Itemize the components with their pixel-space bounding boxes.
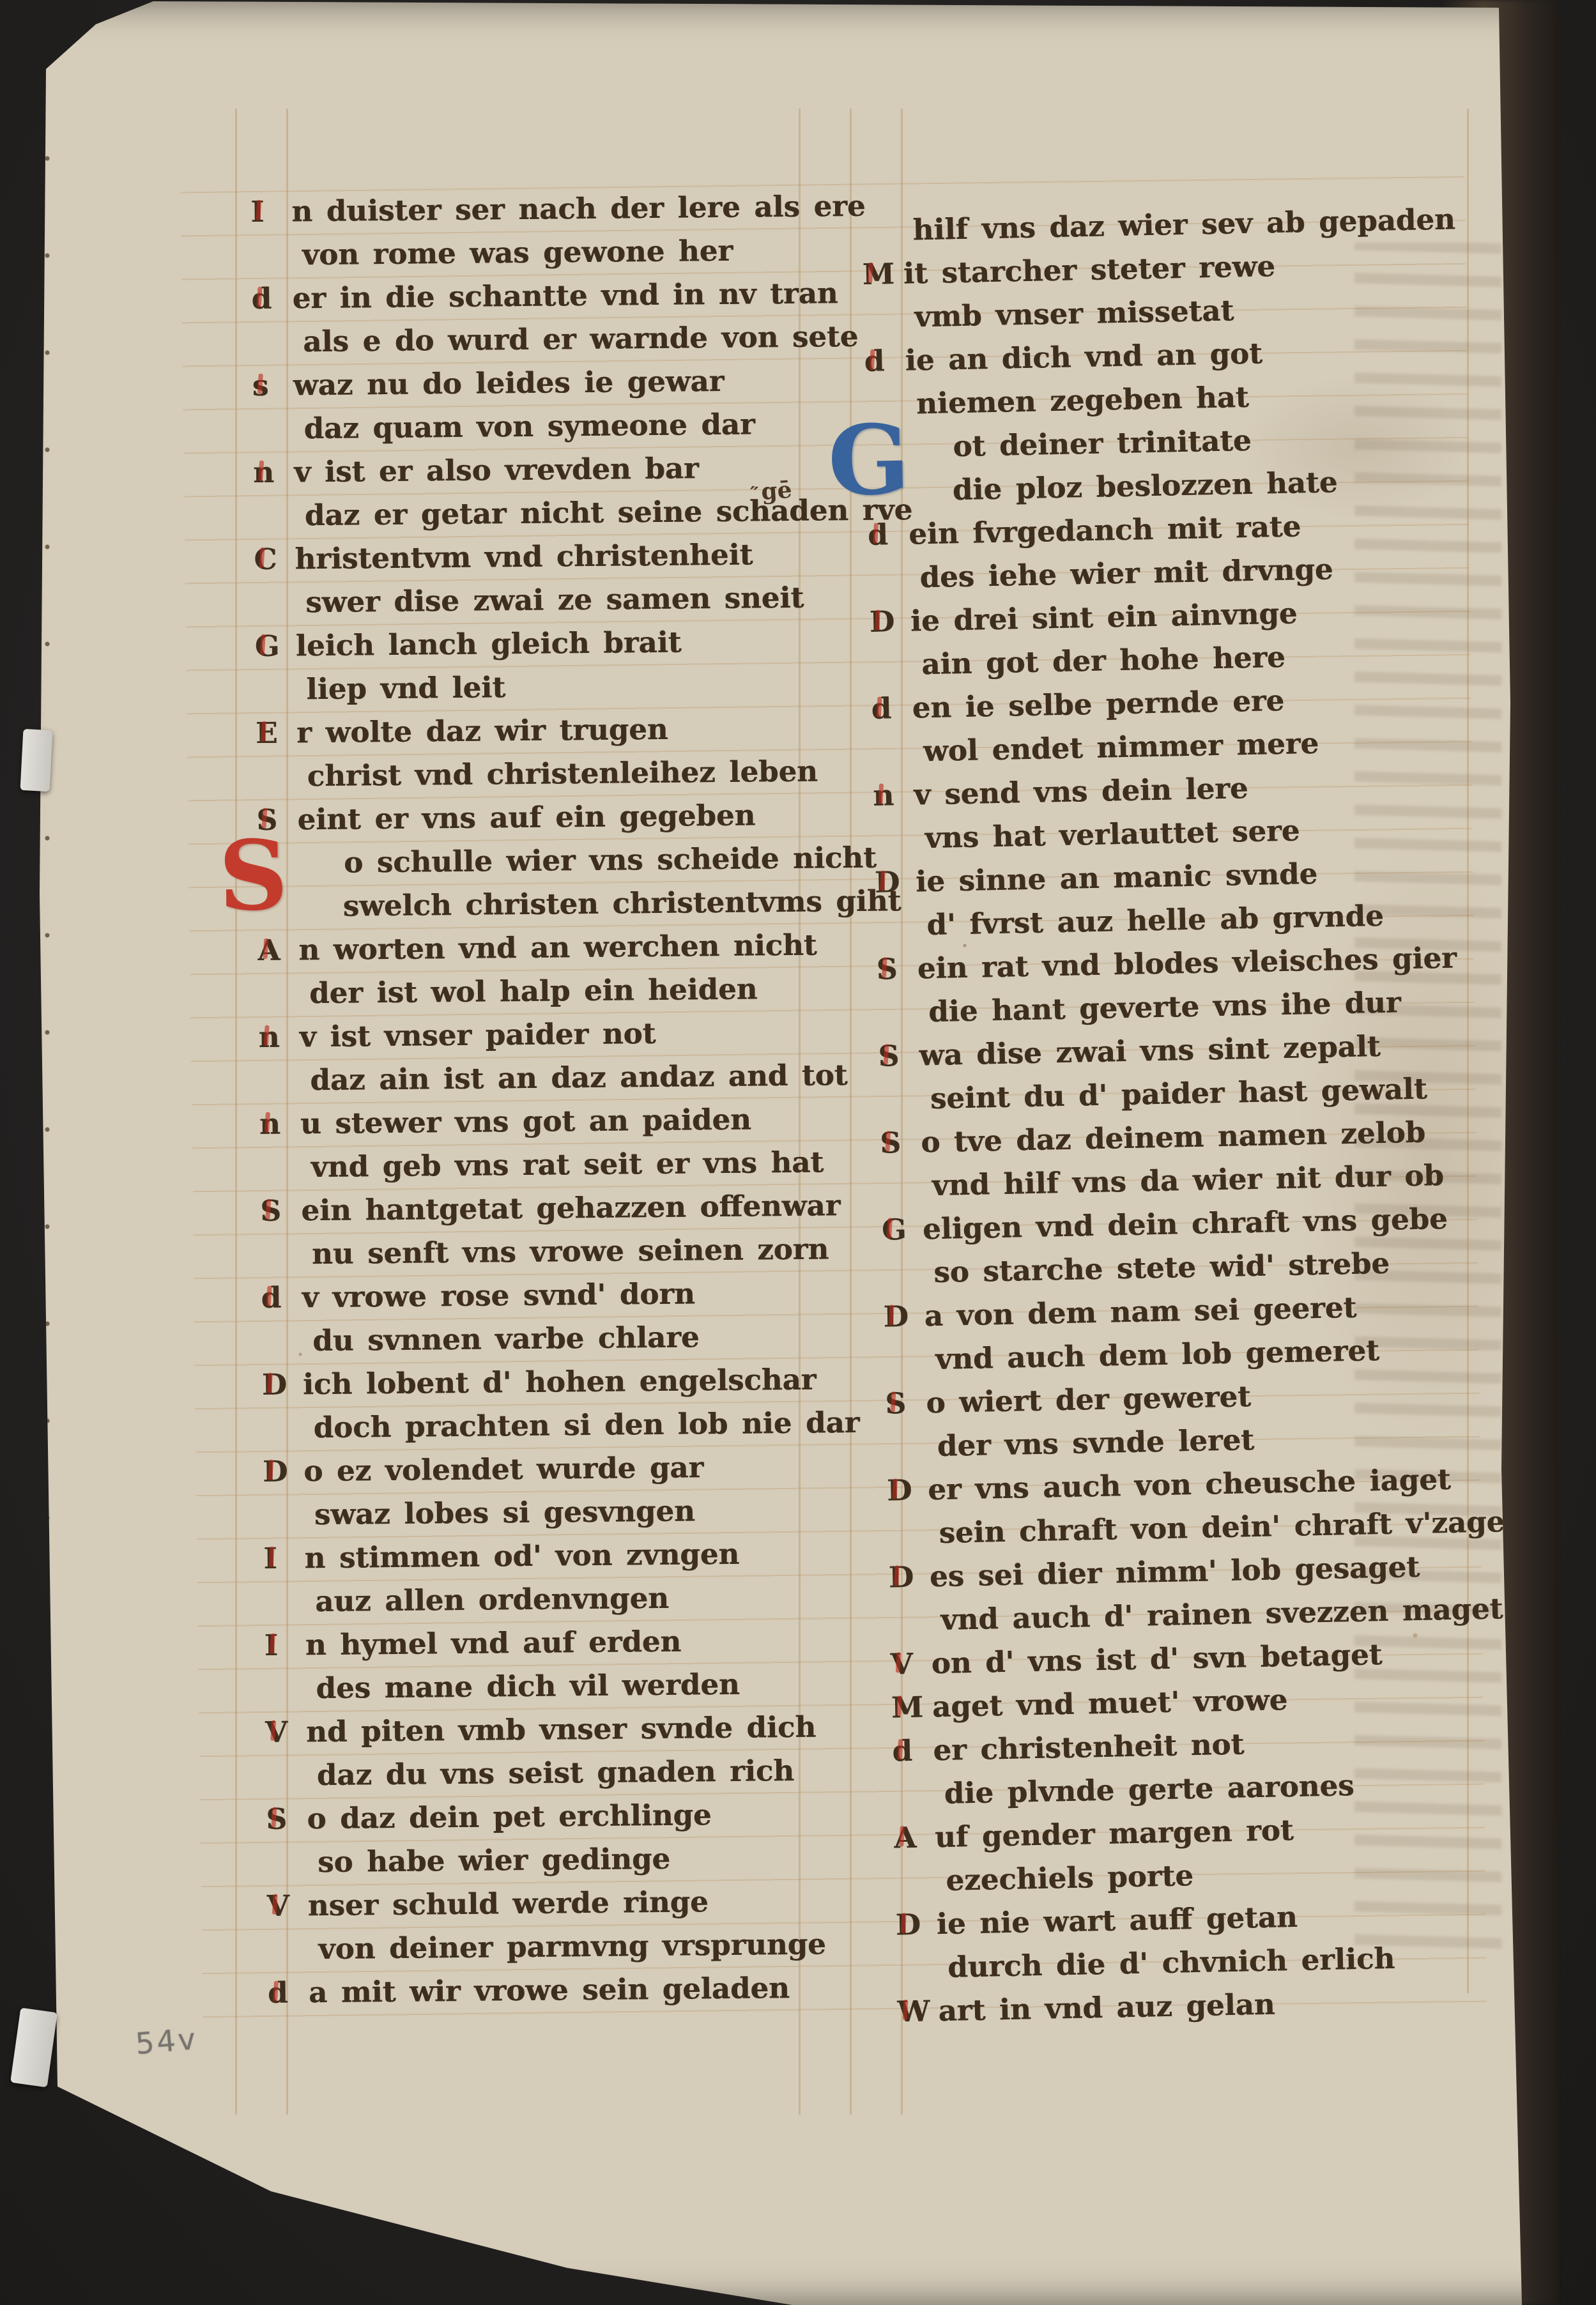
- versal-initial: [261, 1234, 296, 1234]
- versal-initial: I: [263, 1538, 300, 1579]
- verse-text: swer dise zwai ze samen sneit: [305, 581, 804, 619]
- verse-text: nu senft vns vrowe seinen zorn: [312, 1232, 829, 1271]
- versal-initial: [259, 1147, 295, 1147]
- verse-text: von rome was gewone her: [302, 234, 733, 272]
- verse-line: daz er getar nicht seine schaden rve: [254, 490, 829, 539]
- versal-initial: [863, 297, 899, 298]
- verse-line: dv vrowe rose svnd' dorn: [261, 1272, 836, 1321]
- verse-text: auz allen ordenvngen: [315, 1581, 669, 1618]
- text-column-right: hilf vns daz wier sev ab gepadenMit star…: [861, 197, 1556, 2035]
- verse-text: swelch christen christentvms giht: [342, 884, 901, 923]
- verse-text: d' fvrst auz helle ab grvnde: [926, 899, 1384, 942]
- verse-line: swelch christen christentvms giht: [257, 881, 833, 930]
- versal-initial: S: [876, 949, 912, 990]
- versal-initial: d: [261, 1277, 297, 1319]
- page-clip: [20, 729, 53, 792]
- versal-initial: V: [266, 1885, 303, 1927]
- versal-initial: D: [869, 601, 905, 643]
- versal-initial: M: [891, 1687, 927, 1728]
- verse-text: n stimmen od' von zvngen: [304, 1537, 739, 1575]
- verse-text: daz ain ist an daz andaz and tot: [310, 1058, 848, 1097]
- verse-line: daz du vns seist gnaden rich: [265, 1750, 841, 1799]
- versal-initial: D: [262, 1364, 298, 1405]
- versal-initial: d: [871, 688, 907, 730]
- verse-text: ein fvrgedanch mit rate: [909, 509, 1301, 551]
- verse-text: u stewer vns got an paiden: [300, 1103, 751, 1141]
- verse-line: nu senft vns vrowe seinen zorn: [261, 1229, 836, 1278]
- verse-text: o schulle wier vns scheide nicht: [344, 841, 877, 880]
- manuscript-page: In duister ser nach der lere als erevon …: [0, 0, 1596, 2305]
- versal-initial: [255, 669, 291, 670]
- verse-line: daz ain ist an daz andaz and tot: [259, 1055, 834, 1104]
- verse-text: daz quam von symeone dar: [303, 407, 755, 445]
- verse-text: nd piten vmb vnser svnde dich: [306, 1710, 816, 1749]
- versal-initial: [254, 495, 289, 496]
- verse-text: wa dise zwai vns sint zepalt: [919, 1029, 1381, 1072]
- verse-line: vnd geb vns rat seit er vns hat: [259, 1142, 835, 1191]
- verse-line: liep vnd leit: [255, 664, 831, 713]
- verse-line: Gleich lanch gleich brait: [255, 620, 831, 670]
- verse-text: o daz dein pet erchlinge: [307, 1798, 712, 1835]
- versal-initial: [256, 756, 291, 756]
- verse-text: ie drei sint ein ainvnge: [910, 596, 1298, 638]
- verse-text: vnd geb vns rat seit er vns hat: [311, 1145, 824, 1184]
- versal-initial: d: [892, 1730, 928, 1772]
- pricking-holes: [42, 153, 52, 2070]
- versal-initial: [267, 1929, 303, 1929]
- versal-initial: [263, 1494, 299, 1495]
- verse-line: Vnser schuld werde ringe: [266, 1880, 842, 1929]
- versal-initial: D: [895, 1904, 932, 1945]
- verse-text: ich lobent d' hohen engelschar: [303, 1363, 817, 1402]
- verse-text: durch die d' chvnich erlich: [948, 1941, 1395, 1984]
- versal-initial: A: [893, 1817, 930, 1858]
- verse-text: die hant geverte vns ihe dur: [928, 985, 1401, 1029]
- versal-initial: I: [265, 1625, 301, 1666]
- verse-text: vns hat verlauttet sere: [925, 813, 1300, 855]
- verse-line: In duister ser nach der lere als ere: [250, 186, 826, 235]
- text-column-left: In duister ser nach der lere als erevon …: [250, 186, 843, 2016]
- versal-initial: S: [260, 1190, 296, 1232]
- versal-initial: [254, 582, 290, 583]
- verse-line: nv ist er also vrevden bar: [253, 447, 829, 496]
- photograph-background: In duister ser nach der lere als erevon …: [0, 0, 1596, 2305]
- verse-line: Er wolte daz wir trugen: [256, 707, 831, 756]
- verse-text: a mit wir vrowe sein geladen: [309, 1971, 790, 2009]
- versal-initial: [884, 1340, 919, 1340]
- verse-line: nv ist vnser paider not: [258, 1011, 834, 1061]
- verse-text: er in die schantte vnd in nv tran: [292, 276, 838, 315]
- versal-initial: [889, 1600, 925, 1600]
- verse-text: ein rat vnd blodes vleisches gier: [917, 941, 1457, 986]
- verse-text: vmb vnser missetat: [914, 293, 1234, 333]
- verse-text: art in vnd auz gelan: [938, 1987, 1275, 2028]
- verse-text: it starcher steter rewe: [903, 249, 1275, 291]
- verse-text: swaz lobes si gesvngen: [314, 1494, 695, 1531]
- versal-initial: V: [265, 1712, 302, 1753]
- versal-initial: [265, 1668, 300, 1669]
- verse-text: von deiner parmvng vrsprunge: [318, 1927, 826, 1966]
- versal-initial: C: [254, 539, 290, 580]
- verse-text: ein hantgetat gehazzen offenwar: [301, 1188, 840, 1227]
- verse-text: leich lanch gleich brait: [296, 625, 682, 663]
- versal-initial: n: [258, 1016, 295, 1058]
- versal-initial: n: [873, 775, 909, 816]
- verse-text: vnd hilf vns da wier nit dur ob: [932, 1158, 1444, 1202]
- versal-initial: S: [266, 1798, 302, 1840]
- page-clip: [10, 2008, 58, 2088]
- verse-text: v ist vnser paider not: [299, 1016, 656, 1053]
- versal-initial: [259, 1060, 295, 1061]
- versal-initial: n: [259, 1103, 296, 1145]
- versal-initial: [894, 1860, 930, 1861]
- versal-initial: W: [897, 1991, 933, 2032]
- verse-line: von rome was gewone her: [251, 229, 827, 279]
- verse-line: so habe wier gedinge: [266, 1837, 842, 1886]
- verse-line: des mane dich vil werden: [265, 1663, 840, 1712]
- verse-text: niemen zegeben hat: [916, 380, 1249, 420]
- verse-text: die plvnde gerte aarones: [944, 1768, 1354, 1811]
- versal-initial: [896, 1947, 932, 1948]
- verse-text: die ploz beslozzen hate: [952, 465, 1338, 507]
- verse-text: ie nie wart auff getan: [936, 1900, 1298, 1941]
- verse-line: doch prachten si den lob nie dar: [262, 1402, 838, 1451]
- versal-initial: G: [255, 625, 291, 667]
- verse-text: du svnnen varbe chlare: [312, 1320, 700, 1358]
- verse-text: christ vnd christenleihez leben: [307, 754, 818, 793]
- verse-text: so starche stete wid' strebe: [933, 1246, 1390, 1289]
- verse-text: hilf vns daz wier sev ab gepaden: [912, 202, 1455, 247]
- versal-initial: [875, 905, 911, 906]
- versal-initial: s: [252, 365, 289, 406]
- verse-line: christ vnd christenleihez leben: [256, 751, 831, 800]
- versal-initial: [868, 558, 904, 558]
- verse-text: seint du d' paider hast gewalt: [930, 1072, 1427, 1116]
- verse-text: nser schuld werde ringe: [308, 1885, 709, 1922]
- verse-line: In hymel vnd auf erden: [265, 1620, 840, 1669]
- verse-text: daz du vns seist gnaden rich: [317, 1754, 795, 1792]
- verse-text: on d' vns ist d' svn betaget: [931, 1637, 1383, 1680]
- versal-initial: A: [257, 930, 294, 971]
- versal-initial: [864, 384, 900, 385]
- verse-line: der ist wol halp ein heiden: [258, 968, 834, 1017]
- verse-text: der ist wol halp ein heiden: [309, 972, 758, 1010]
- versal-initial: [261, 1321, 297, 1321]
- versal-initial: [873, 818, 909, 819]
- verse-text: ezechiels porte: [946, 1858, 1193, 1897]
- versal-initial: D: [883, 1296, 919, 1338]
- verse-line: da mit wir vrowe sein geladen: [268, 1967, 843, 2016]
- versal-initial: [258, 973, 294, 974]
- verse-line: der in die schantte vnd in nv tran: [251, 273, 827, 322]
- marginal-text: gē: [760, 477, 793, 505]
- versal-initial: n: [253, 452, 289, 493]
- verse-text: des mane dich vil werden: [316, 1667, 740, 1705]
- versal-initial: S: [219, 841, 255, 912]
- marginal-correction: ″gē: [748, 477, 793, 507]
- verse-text: eint er vns auf ein gegeben: [297, 798, 755, 836]
- versal-initial: G: [827, 425, 864, 496]
- verse-text: der vns svnde leret: [937, 1423, 1254, 1463]
- versal-initial: V: [890, 1643, 926, 1685]
- verse-text: o wiert der geweret: [926, 1379, 1251, 1420]
- verse-text: a von dem nam sei geeret: [924, 1290, 1356, 1333]
- versal-initial: E: [256, 712, 292, 754]
- versal-initial: [871, 731, 907, 732]
- versal-initial: d: [268, 1972, 304, 2014]
- versal-initial: [886, 1426, 921, 1427]
- verse-text: liep vnd leit: [306, 670, 505, 706]
- versal-initial: [266, 1842, 302, 1842]
- versal-initial: [262, 1407, 298, 1408]
- insertion-mark-icon: ″: [747, 482, 759, 506]
- verse-text: v vrowe rose svnd' dorn: [302, 1276, 695, 1314]
- versal-initial: D: [887, 1469, 923, 1511]
- verse-text: daz er getar nicht seine schaden rve: [305, 493, 913, 532]
- versal-initial: S: [885, 1383, 921, 1425]
- versal-initial: [882, 1253, 918, 1253]
- verse-text: n worten vnd an werchen nicht: [298, 928, 817, 967]
- verse-text: waz nu do leides ie gewar: [293, 364, 725, 402]
- versal-initial: [893, 1773, 928, 1774]
- versal-initial: [861, 210, 897, 211]
- versal-initial: d: [864, 341, 900, 382]
- verse-line: Sein hantgetat gehazzen offenwar: [260, 1185, 836, 1234]
- verse-text: es sei dier nimm' lob gesaget: [929, 1550, 1420, 1593]
- verse-text: vnd auch d' rainen svezzen maget: [940, 1591, 1503, 1637]
- versal-initial: S: [880, 1122, 916, 1164]
- verse-text: wol endet nimmer mere: [923, 726, 1319, 768]
- verse-text: des iehe wier mit drvnge: [919, 552, 1333, 594]
- verse-line: So schulle wier vns scheide nicht: [257, 838, 833, 887]
- verse-text: o ez volendet wurde gar: [303, 1450, 703, 1488]
- versal-initial: D: [888, 1556, 925, 1598]
- versal-initial: I: [250, 191, 287, 233]
- verse-line: Seint er vns auf ein gegeben: [256, 794, 832, 843]
- verse-text: ain got der hohe here: [921, 640, 1285, 681]
- versal-initial: G: [881, 1209, 917, 1251]
- versal-initial: [251, 234, 287, 235]
- versal-initial: [877, 992, 913, 993]
- verse-line: In stimmen od' von zvngen: [263, 1533, 839, 1582]
- folio-number: 54v: [134, 2021, 199, 2061]
- verse-text: ot deiner trinitate: [953, 424, 1252, 463]
- verse-line: Dich lobent d' hohen engelschar: [262, 1359, 838, 1408]
- verse-line: du svnnen varbe chlare: [261, 1315, 837, 1365]
- versal-initial: D: [263, 1451, 299, 1492]
- verse-text: en ie selbe pernde ere: [912, 684, 1284, 725]
- verse-line: Christentvm vnd christenheit: [254, 533, 829, 583]
- verse-text: r wolte daz wir trugen: [296, 712, 668, 750]
- verse-text: uf gender margen rot: [935, 1813, 1294, 1854]
- versal-initial: S: [878, 1036, 914, 1077]
- verse-text: o tve daz deinem namen zelob: [921, 1115, 1426, 1160]
- verse-text: v send vns dein lere: [914, 771, 1248, 811]
- verse-text: v ist er also vrevden bar: [294, 451, 699, 489]
- verse-line: daz quam von symeone dar: [252, 403, 828, 452]
- verse-line: swer dise zwai ze samen sneit: [254, 577, 830, 626]
- verse-text: eligen vnd dein chraft vns gebe: [922, 1202, 1448, 1246]
- versal-initial: d: [251, 278, 288, 319]
- verse-line: auz allen ordenvngen: [264, 1576, 840, 1625]
- verse-line: von deiner parmvng vrsprunge: [267, 1924, 843, 1973]
- versal-initial: [264, 1581, 300, 1582]
- verse-text: ie sinne an manic svnde: [916, 857, 1318, 899]
- versal-initial: M: [862, 254, 898, 295]
- verse-text: er vns auch von cheusche iaget: [928, 1462, 1451, 1506]
- verse-text: aget vnd muet' vrowe: [932, 1683, 1287, 1724]
- verse-line: als e do wurd er warnde von sete: [252, 316, 827, 365]
- versal-initial: [887, 1513, 923, 1513]
- versal-initial: [265, 1755, 301, 1756]
- versal-initial: [252, 408, 288, 409]
- verse-text: n duister ser nach der lere als ere: [291, 189, 866, 229]
- verse-line: Vnd piten vmb vnser svnde dich: [265, 1706, 841, 1756]
- verse-line: An worten vnd an werchen nicht: [257, 924, 833, 974]
- versal-initial: [879, 1079, 914, 1080]
- verse-text: so habe wier gedinge: [318, 1842, 670, 1879]
- versal-initial: d: [868, 514, 904, 556]
- verse-text: hristentvm vnd christenheit: [295, 537, 753, 576]
- versal-initial: D: [874, 862, 910, 903]
- verse-text: als e do wurd er warnde von sete: [303, 319, 858, 358]
- verse-text: vnd auch dem lob gemeret: [935, 1333, 1380, 1376]
- verse-text: n hymel vnd auf erden: [305, 1625, 682, 1662]
- verse-line: swaz nu do leides ie gewar: [252, 360, 828, 409]
- versal-initial: [870, 645, 906, 645]
- verse-text: doch prachten si den lob nie dar: [313, 1405, 859, 1444]
- verse-text: er christenheit not: [933, 1727, 1245, 1767]
- verse-line: So daz dein pet erchlinge: [266, 1793, 841, 1842]
- verse-line: Do ez volendet wurde gar: [263, 1446, 838, 1495]
- verse-line: swaz lobes si gesvngen: [263, 1489, 839, 1538]
- verse-line: nu stewer vns got an paiden: [259, 1098, 835, 1147]
- versal-initial: [880, 1166, 916, 1167]
- versal-initial: [252, 321, 288, 322]
- verse-text: sein chraft von dein' chraft v'zaget: [939, 1505, 1518, 1550]
- verse-text: ie an dich vnd an got: [905, 336, 1262, 377]
